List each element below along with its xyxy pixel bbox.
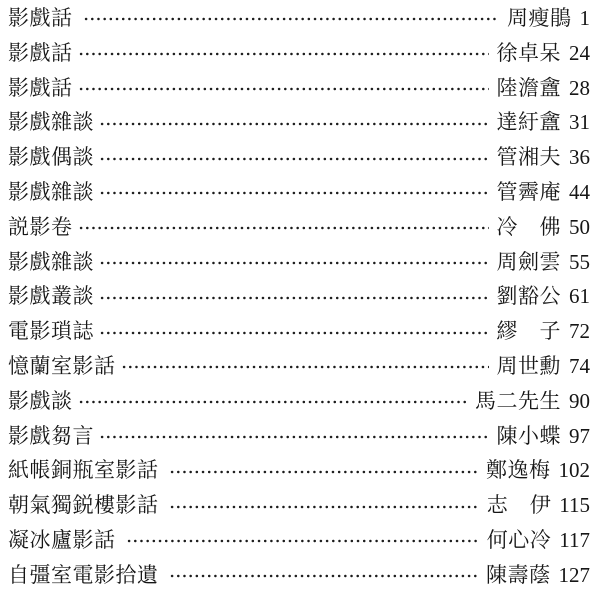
- toc-entry-row: 影戲雜談 周劍雲 55: [8, 245, 590, 280]
- entry-page-number: 102: [559, 453, 591, 488]
- entry-author: 冷 佛: [497, 210, 562, 245]
- entry-title: 影戲偶談: [8, 140, 94, 175]
- entry-author: 陳小蝶: [497, 419, 562, 454]
- entry-author: 周瘦鵑: [507, 1, 572, 36]
- toc-entry-row: 影戲話 陸澹盦 28: [8, 71, 590, 106]
- dot-leader: [78, 51, 489, 57]
- dot-leader: [83, 16, 499, 22]
- entry-title: 影戲話: [8, 36, 73, 71]
- toc-entry-row: 影戲話 周瘦鵑 1: [8, 1, 590, 36]
- entry-author: 管霽庵: [497, 175, 562, 210]
- dot-leader: [99, 434, 489, 440]
- entry-title: 影戲雜談: [8, 105, 94, 140]
- entry-page-number: 55: [569, 245, 590, 280]
- dot-leader: [169, 504, 479, 510]
- toc-list: 影戲話 周瘦鵑 1 影戲話 徐卓呆 24 影戲話 陸澹盦 28 影戲雜談 達紆盦…: [8, 1, 590, 592]
- entry-author: 達紆盦: [497, 105, 562, 140]
- toc-entry-row: 影戲話 徐卓呆 24: [8, 36, 590, 71]
- toc-entry-row: 憶蘭室影話 周世勳 74: [8, 349, 590, 384]
- entry-page-number: 115: [559, 488, 590, 523]
- entry-title: 電影瑣誌: [8, 314, 94, 349]
- toc-entry-row: 影戲叢談 劉豁公 61: [8, 279, 590, 314]
- entry-page-number: 117: [559, 523, 590, 558]
- entry-author: 馬二先生: [475, 384, 561, 419]
- entry-title: 影戲芻言: [8, 419, 94, 454]
- entry-page-number: 28: [569, 71, 590, 106]
- dot-leader: [169, 573, 478, 579]
- entry-title: 影戲叢談: [8, 279, 94, 314]
- toc-entry-row: 電影瑣誌 繆 子 72: [8, 314, 590, 349]
- entry-title: 影戲談: [8, 384, 73, 419]
- entry-page-number: 36: [569, 140, 590, 175]
- dot-leader: [99, 121, 489, 127]
- entry-page-number: 90: [569, 384, 590, 419]
- entry-author: 繆 子: [497, 314, 562, 349]
- entry-page-number: 50: [569, 210, 590, 245]
- toc-entry-row: 紙帳銅瓶室影話 鄭逸梅 102: [8, 453, 590, 488]
- entry-title: 影戲雜談: [8, 175, 94, 210]
- dot-leader: [78, 399, 468, 405]
- entry-page-number: 72: [569, 314, 590, 349]
- entry-page-number: 31: [569, 105, 590, 140]
- dot-leader: [78, 225, 489, 231]
- toc-entry-row: 朝氣獨鋭樓影話 志 伊 115: [8, 488, 590, 523]
- entry-author: 周劍雲: [497, 245, 562, 280]
- toc-entry-row: 凝冰廬影話 何心冷 117: [8, 523, 590, 558]
- entry-title: 影戲話: [8, 1, 78, 36]
- entry-author: 管湘夫: [497, 140, 562, 175]
- entry-author: 陳壽蔭: [486, 558, 551, 592]
- entry-author: 周世勳: [497, 349, 562, 384]
- entry-title: 影戲雜談: [8, 245, 94, 280]
- toc-entry-row: 影戲雜談 管霽庵 44: [8, 175, 590, 210]
- entry-page-number: 61: [569, 279, 590, 314]
- entry-title: 紙帳銅瓶室影話: [8, 453, 164, 488]
- entry-author: 徐卓呆: [497, 36, 562, 71]
- dot-leader: [121, 364, 489, 370]
- toc-page: 影戲話 周瘦鵑 1 影戲話 徐卓呆 24 影戲話 陸澹盦 28 影戲雜談 達紆盦…: [0, 0, 600, 592]
- entry-author: 劉豁公: [497, 279, 562, 314]
- dot-leader: [99, 190, 489, 196]
- entry-page-number: 127: [559, 558, 591, 592]
- entry-page-number: 1: [580, 1, 591, 36]
- dot-leader: [99, 260, 489, 266]
- toc-entry-row: 自彊室電影拾遺 陳壽蔭 127: [8, 558, 590, 592]
- toc-entry-row: 影戲談 馬二先生 90: [8, 384, 590, 419]
- dot-leader: [126, 538, 479, 544]
- entry-author: 鄭逸梅: [486, 453, 551, 488]
- toc-entry-row: 説影卷 冷 佛 50: [8, 210, 590, 245]
- entry-author: 志 伊: [487, 488, 552, 523]
- dot-leader: [99, 295, 489, 301]
- entry-title: 朝氣獨鋭樓影話: [8, 488, 164, 523]
- entry-page-number: 24: [569, 36, 590, 71]
- toc-entry-row: 影戲芻言 陳小蝶 97: [8, 419, 590, 454]
- entry-title: 凝冰廬影話: [8, 523, 121, 558]
- entry-page-number: 44: [569, 175, 590, 210]
- entry-title: 憶蘭室影話: [8, 349, 116, 384]
- dot-leader: [99, 330, 489, 336]
- entry-title: 影戲話: [8, 71, 73, 106]
- dot-leader: [99, 156, 489, 162]
- entry-title: 自彊室電影拾遺: [8, 558, 164, 592]
- entry-title: 説影卷: [8, 210, 73, 245]
- entry-page-number: 74: [569, 349, 590, 384]
- dot-leader: [169, 469, 478, 475]
- dot-leader: [78, 86, 489, 92]
- entry-page-number: 97: [569, 419, 590, 454]
- toc-entry-row: 影戲雜談 達紆盦 31: [8, 105, 590, 140]
- entry-author: 何心冷: [487, 523, 552, 558]
- entry-author: 陸澹盦: [497, 71, 562, 106]
- toc-entry-row: 影戲偶談 管湘夫 36: [8, 140, 590, 175]
